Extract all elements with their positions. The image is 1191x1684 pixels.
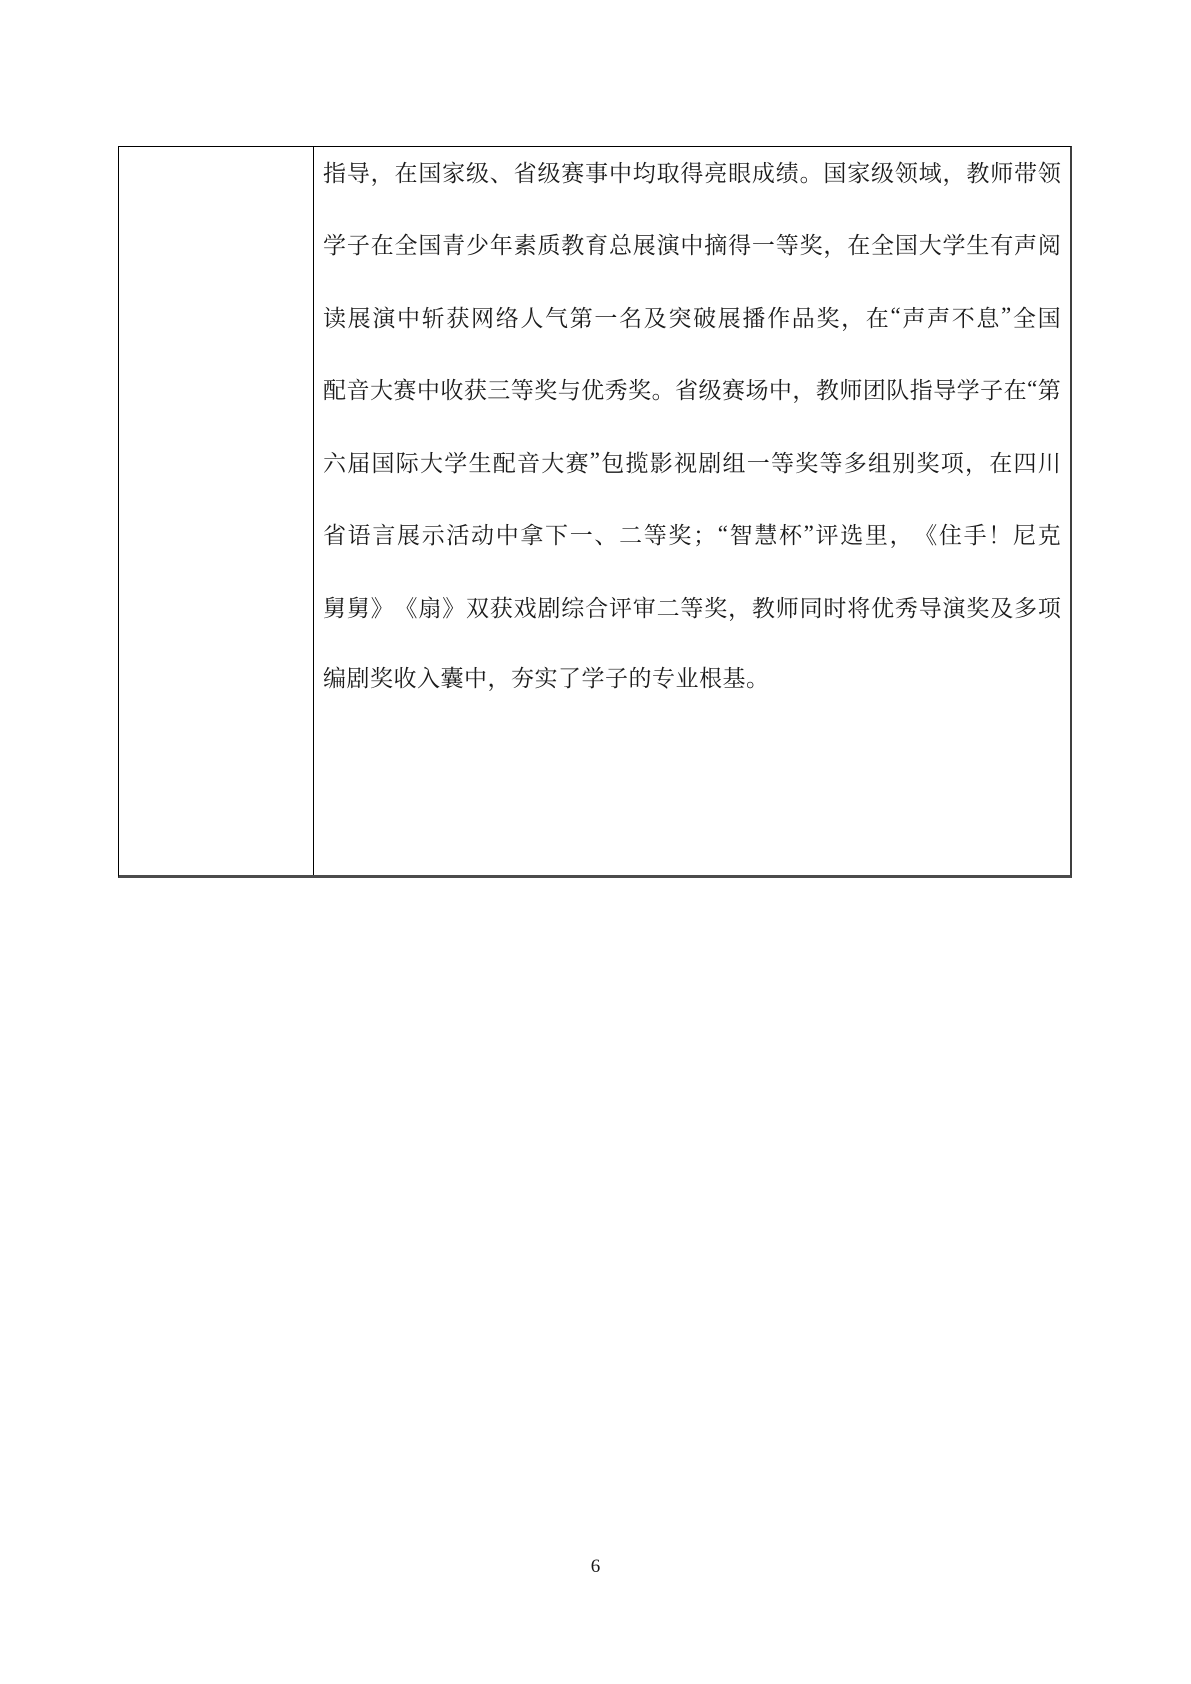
text-line: 学子在全国青少年素质教育总展演中摘得一等奖，在全国大学生有声阅 [323,208,1061,281]
table-cell-content: 指导，在国家级、省级赛事中均取得亮眼成绩。国家级领域，教师带领 学子在全国青少年… [314,147,1070,875]
text-line: 舅舅》《扇》双获戏剧综合评审二等奖，教师同时将优秀导演奖及多项 [323,570,1061,643]
text-line: 读展演中斩获网络人气第一名及突破展播作品奖，在“声声不息”全国 [323,280,1061,353]
text-line: 省语言展示活动中拿下一、二等奖；“智慧杯”评选里，《住手！尼克 [323,498,1061,571]
text-line: 配音大赛中收获三等奖与优秀奖。省级赛场中，教师团队指导学子在“第 [323,353,1061,426]
text-line: 编剧奖收入囊中，夯实了学子的专业根基。 [323,643,1061,716]
table-cell-label [119,147,314,875]
document-page: 指导，在国家级、省级赛事中均取得亮眼成绩。国家级领域，教师带领 学子在全国青少年… [0,0,1191,1684]
table: 指导，在国家级、省级赛事中均取得亮眼成绩。国家级领域，教师带领 学子在全国青少年… [118,146,1072,878]
page-number: 6 [0,1556,1191,1578]
paragraph: 指导，在国家级、省级赛事中均取得亮眼成绩。国家级领域，教师带领 学子在全国青少年… [323,147,1061,715]
text-line: 指导，在国家级、省级赛事中均取得亮眼成绩。国家级领域，教师带领 [323,147,1061,208]
text-line: 六届国际大学生配音大赛”包揽影视剧组一等奖等多组别奖项，在四川 [323,425,1061,498]
